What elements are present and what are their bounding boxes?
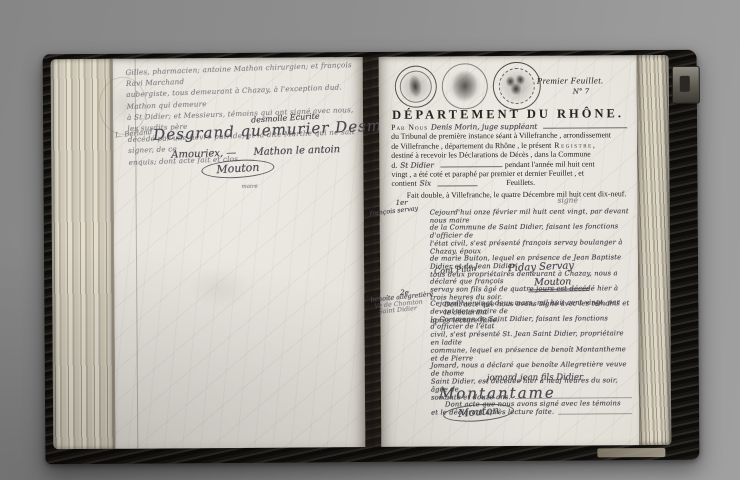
signature-amouriex: Amouriex, — [171, 148, 236, 161]
photo-background: { "photo": { "background_color": "#8f8f8… [0, 0, 740, 480]
ink-seals [395, 62, 541, 111]
fait-double-line: Fait double, à Villefranche, le quatre D… [400, 189, 634, 200]
signature-mouton-title: maire [241, 184, 257, 190]
right-page-edges [637, 55, 672, 445]
entry2-signature-2: Montantame [439, 384, 556, 403]
seal-royal-arms-icon [392, 63, 440, 111]
fill-rule [543, 128, 627, 130]
signature-mouton-circled: Mouton [201, 158, 275, 180]
preamble-line: contient Six Feuillets. [391, 178, 630, 189]
right-page: Premier Feuillet. N° 7 DÉPARTEMENT DU RH… [379, 55, 640, 447]
bottom-edge-notch [597, 448, 665, 457]
preamble-text: d. [391, 160, 397, 169]
page-stain [174, 258, 264, 319]
seal-imperial-eagle-icon [440, 62, 490, 112]
preamble-text: Feuillets. [506, 178, 535, 188]
register-book: Gilles, pharmacien; antoine Mathon chiru… [43, 50, 700, 465]
seal-timbre-extraordinaire-icon [491, 60, 543, 112]
fill-rule [437, 185, 477, 186]
entry1-signature-mouton: Mouton [528, 276, 590, 292]
preamble: Par Nous Denis Morin, juge suppléant du … [391, 121, 630, 189]
fill-rule [440, 166, 502, 167]
count-handwritten: Six [420, 179, 432, 188]
commune-handwritten: St Didier [400, 160, 434, 170]
preamble-text: contient [391, 179, 416, 189]
entry2-signature-1: jomard jean fils Didier [487, 373, 583, 384]
preamble-text: , [593, 140, 595, 149]
circled-signature: Mouton [201, 158, 275, 180]
left-page: Gilles, pharmacien; antoine Mathon chiru… [113, 57, 366, 449]
book-clasp [672, 66, 700, 104]
feuillet-label: Premier Feuillet. [537, 75, 604, 85]
paraph-word: signé [558, 196, 578, 205]
par-nous-label: Par Nous [391, 123, 428, 133]
registre-word: Registre [554, 140, 593, 150]
feuillet-paraph: N° 7 [573, 87, 589, 95]
open-pages: Gilles, pharmacien; antoine Mathon chiru… [51, 55, 672, 449]
